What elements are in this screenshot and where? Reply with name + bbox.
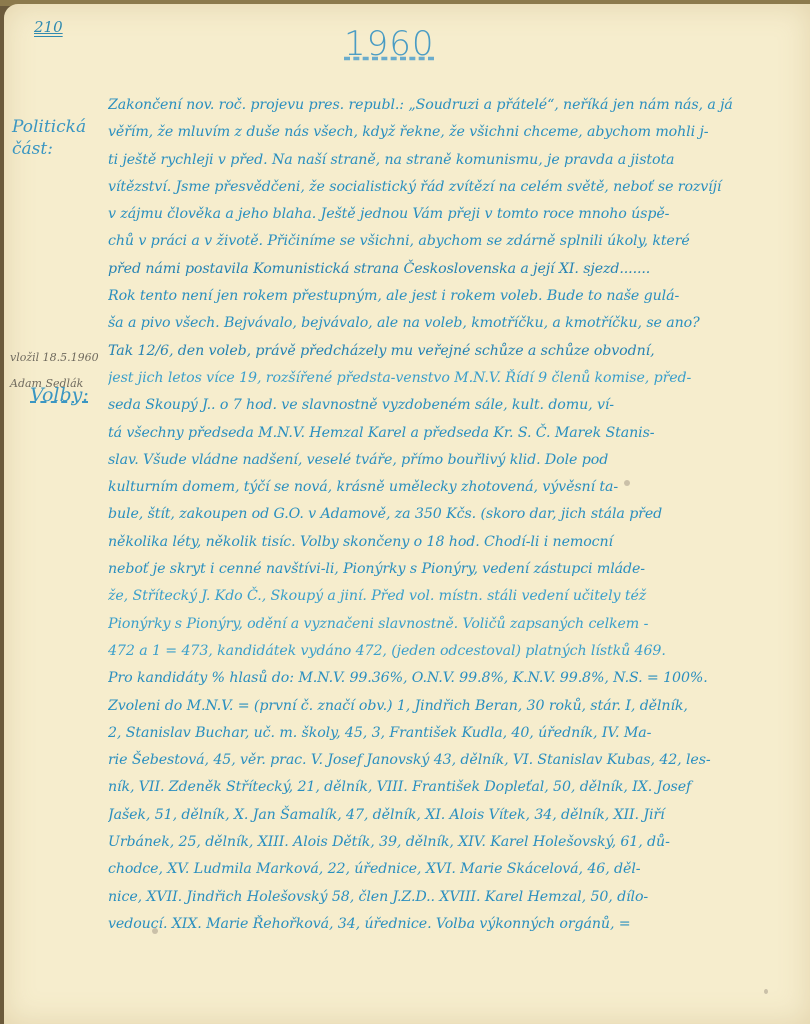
text-line: 472 a 1 = 473, kandidátek vydáno 472, (j… bbox=[108, 638, 758, 665]
text-line: tá všechny předseda M.N.V. Hemzal Karel … bbox=[108, 420, 758, 447]
text-line: Tak 12/6, den voleb, právě předcházely m… bbox=[108, 338, 758, 365]
ledger-page: 210 1960 Politická část: vložil 18.5.196… bbox=[4, 4, 810, 1024]
text-line: před námi postavila Komunistická strana … bbox=[108, 256, 758, 283]
text-line: slav. Všude vládne nadšení, veselé tváře… bbox=[108, 447, 758, 474]
text-line: Zakončení nov. roč. projevu pres. republ… bbox=[108, 92, 758, 119]
text-line: Urbánek, 25, dělník, XIII. Alois Dětík, … bbox=[108, 829, 758, 856]
text-line: chů v práci a v životě. Přičiníme se vši… bbox=[108, 228, 758, 255]
text-line: v zájmu člověka a jeho blaha. Ještě jedn… bbox=[108, 201, 758, 228]
text-line: Zvoleni do M.N.V. = (první č. značí obv.… bbox=[108, 693, 758, 720]
margin-pencil-date-note: vložil 18.5.1960 bbox=[10, 347, 99, 369]
paper-smudge bbox=[152, 928, 158, 934]
text-line: ti ještě rychleji v před. Na naší straně… bbox=[108, 147, 758, 174]
handwritten-body: Zakončení nov. roč. projevu pres. republ… bbox=[108, 92, 758, 938]
text-line: Jašek, 51, dělník, X. Jan Šamalík, 47, d… bbox=[108, 802, 758, 829]
text-line: rie Šebestová, 45, věr. prac. V. Josef J… bbox=[108, 747, 758, 774]
paper-smudge bbox=[764, 989, 768, 994]
text-line: ša a pivo všech. Bejvávalo, bejvávalo, a… bbox=[108, 310, 758, 337]
margin-section-elections: Volby: bbox=[30, 384, 89, 406]
text-line: Pro kandidáty % hlasů do: M.N.V. 99.36%,… bbox=[108, 665, 758, 692]
text-line: jest jich letos více 19, rozšířené předs… bbox=[108, 365, 758, 392]
text-line: Pionýrky s Pionýry, odění a vyznačeni sl… bbox=[108, 611, 758, 638]
text-line: bule, štít, zakoupen od G.O. v Adamově, … bbox=[108, 501, 758, 528]
page-number: 210 bbox=[34, 18, 63, 36]
paper-smudge bbox=[624, 480, 630, 486]
text-line: že, Střítecký J. Kdo Č., Skoupý a jiní. … bbox=[108, 583, 758, 610]
text-line: několika léty, několik tisíc. Volby skon… bbox=[108, 529, 758, 556]
text-line: kulturním domem, týčí se nová, krásně um… bbox=[108, 474, 758, 501]
text-line: vítězství. Jsme přesvědčeni, že socialis… bbox=[108, 174, 758, 201]
text-line: nice, XVII. Jindřich Holešovský 58, člen… bbox=[108, 884, 758, 911]
year-title: 1960 bbox=[344, 24, 435, 64]
margin-section-politics: Politická část: bbox=[12, 116, 92, 160]
text-line: věřím, že mluvím z duše nás všech, když … bbox=[108, 119, 758, 146]
text-line: ník, VII. Zdeněk Střítecký, 21, dělník, … bbox=[108, 774, 758, 801]
text-line: 2, Stanislav Buchar, uč. m. školy, 45, 3… bbox=[108, 720, 758, 747]
text-line: neboť je skryt i cenné navštívi-li, Pion… bbox=[108, 556, 758, 583]
text-line: seda Skoupý J.. o 7 hod. ve slavnostně v… bbox=[108, 392, 758, 419]
text-line: chodce, XV. Ludmila Marková, 22, úřednic… bbox=[108, 856, 758, 883]
text-line: Rok tento není jen rokem přestupným, ale… bbox=[108, 283, 758, 310]
text-line: vedoucí. XIX. Marie Řehořková, 34, úředn… bbox=[108, 911, 758, 938]
